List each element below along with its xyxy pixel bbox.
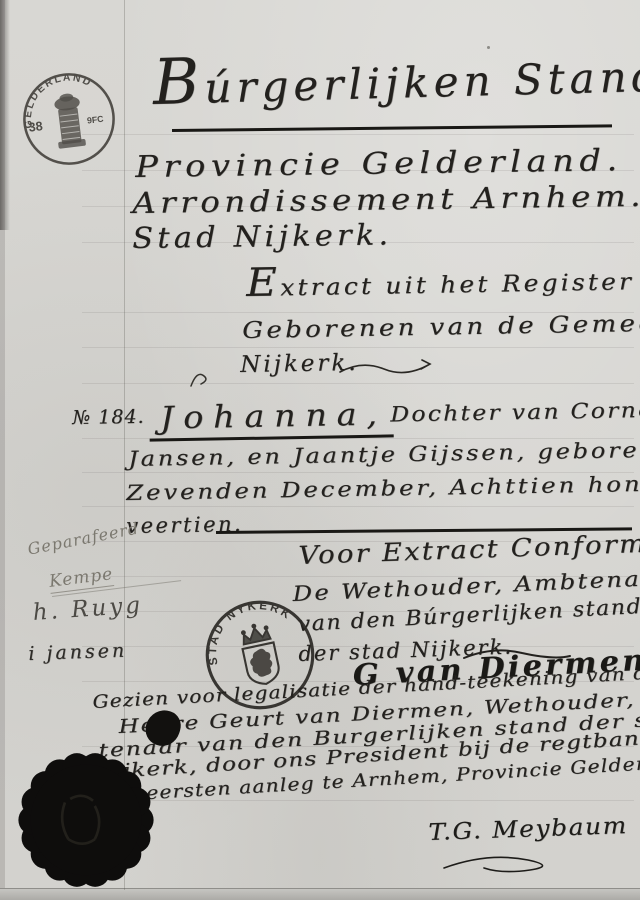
record-line: veertien.	[126, 512, 243, 538]
flourish-stroke	[338, 358, 438, 386]
scan-left-shade	[0, 0, 5, 900]
lion-icon	[248, 647, 275, 678]
ruled-line	[82, 347, 634, 348]
record-text: Dochter van Cornelis	[390, 397, 640, 426]
heading-underline	[172, 124, 612, 132]
record-name: Johanna,	[149, 396, 394, 441]
certification-line: Voor Extract Conform.	[298, 528, 640, 570]
crown-icon	[240, 622, 270, 645]
wax-seal	[14, 748, 158, 896]
city-line: Stad Nijkerk.	[132, 217, 392, 255]
record-line: Zevenden December, Achttien honderd en	[126, 470, 640, 505]
record-line: № 184. Johanna, Dochter van Cornelis	[72, 392, 640, 443]
gelderland-stamp: GELDERLAND 38 9FC	[14, 64, 123, 173]
president-signature: T.G. Meybaum	[428, 813, 628, 846]
ruled-line	[82, 134, 634, 135]
stamp-arc-text: STAD NYKERK	[196, 591, 302, 667]
extract-intro-line: Geborenen van de Gemeente	[242, 310, 640, 344]
crest-icon	[52, 92, 86, 149]
record-line: Jansen, en Jaantje Gijssen, geboren den	[128, 437, 640, 471]
extract-intro-line: Extract uit het Register der	[246, 268, 640, 302]
pen-mark	[188, 368, 214, 394]
margin-signature-jansen: i jansen	[28, 640, 128, 665]
signature-flourish	[438, 850, 568, 880]
record-number: № 184.	[72, 406, 145, 429]
stamp-left-value: 38	[28, 118, 44, 135]
province-line: Provincie Gelderland.	[135, 143, 623, 185]
stamp-right-value: 9FC	[86, 114, 104, 126]
ruled-line	[82, 506, 634, 507]
margin-signature-ruyg: h. Ruyg	[32, 592, 144, 626]
svg-text:STAD NYKERK: STAD NYKERK	[196, 591, 302, 667]
document-scan: GELDERLAND 38 9FC Búrgerlijken Stand. Pr…	[0, 0, 640, 900]
document-heading: Búrgerlijken Stand.	[152, 32, 640, 119]
arrondissement-line: Arrondissement Arnhem.	[132, 179, 640, 220]
